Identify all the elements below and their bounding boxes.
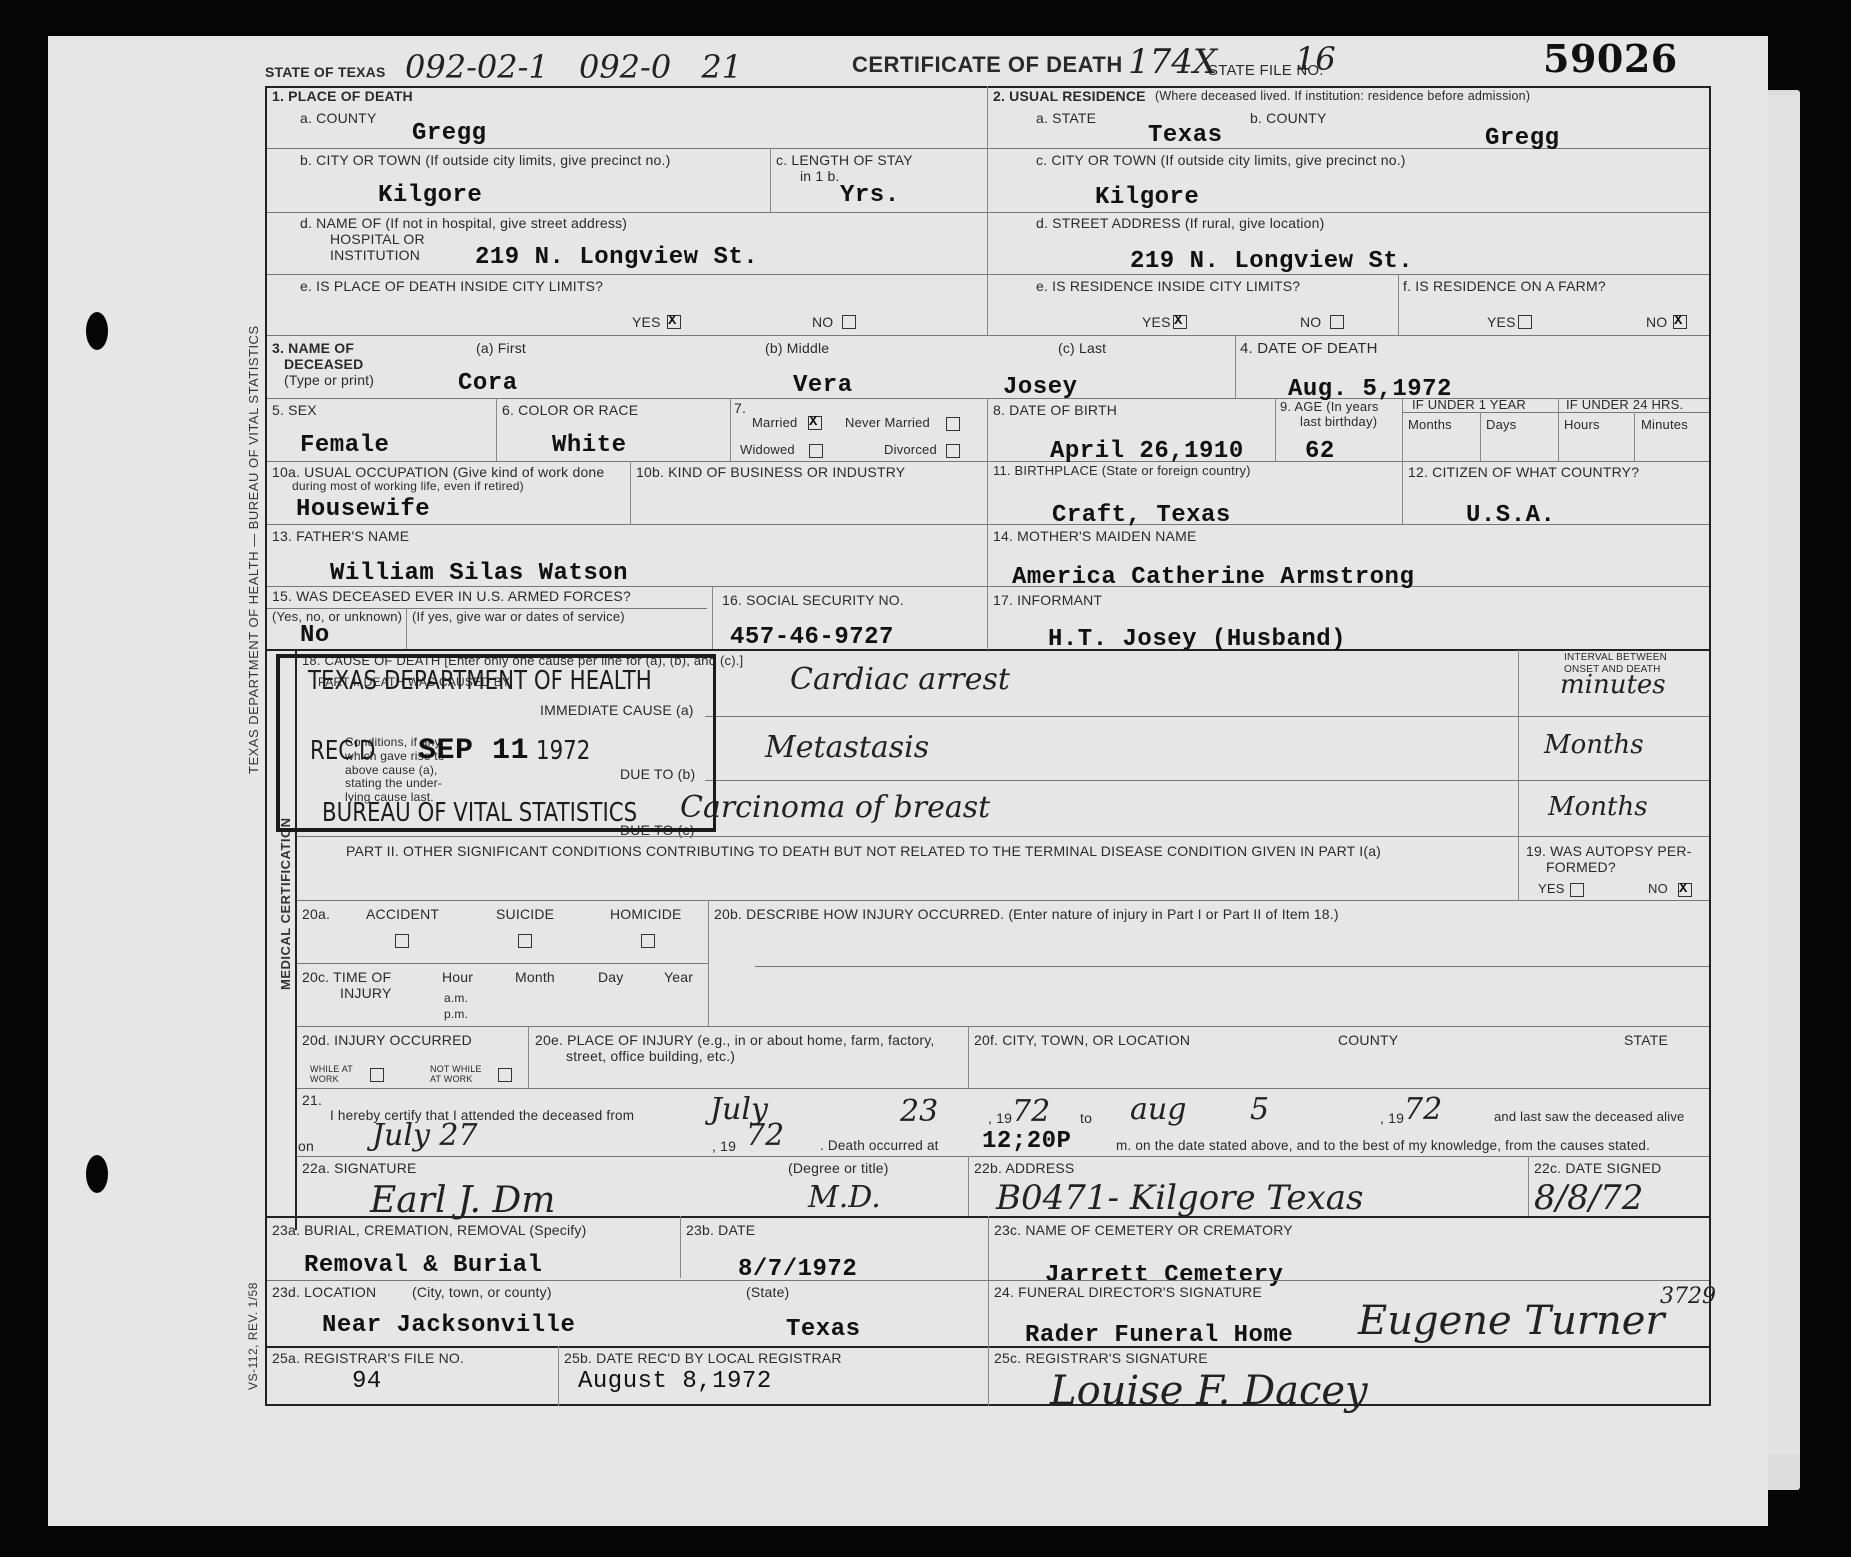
autopsy-yes-checkbox[interactable]: [1570, 883, 1584, 897]
month-label: Month: [515, 969, 555, 985]
informant-label: 17. INFORMANT: [993, 592, 1102, 608]
widowed-label: Widowed: [740, 443, 795, 458]
divider: [1558, 398, 1559, 461]
middle-name-label: (b) Middle: [765, 340, 829, 356]
divider: [708, 900, 709, 1026]
not-while-at-work-checkbox[interactable]: [498, 1068, 512, 1082]
burial-location-city-label: (City, town, or county): [412, 1284, 552, 1300]
divider: [680, 1216, 681, 1278]
residence-county-value: Gregg: [1485, 125, 1560, 152]
divider: [712, 586, 713, 649]
ssn-label: 16. SOCIAL SECURITY NO.: [722, 592, 904, 608]
hospital-label-3: INSTITUTION: [330, 247, 420, 263]
divider: [1634, 412, 1635, 461]
attended-from-day: 23: [900, 1094, 938, 1129]
citizen-value: U.S.A.: [1466, 502, 1555, 529]
burial-location-state-label: (State): [746, 1284, 789, 1300]
form-revision: VS-112, REV. 1/58: [246, 1282, 260, 1390]
divider: [988, 1346, 989, 1406]
divider: [1402, 398, 1403, 524]
registrar-signature-label: 25c. REGISTRAR'S SIGNATURE: [994, 1350, 1208, 1366]
stamp-received-date: SEP 11: [418, 734, 529, 768]
physician-address: B0471- Kilgore Texas: [996, 1178, 1363, 1218]
funeral-director-number: 3729: [1660, 1284, 1716, 1309]
physician-address-label: 22b. ADDRESS: [974, 1160, 1074, 1176]
autopsy-label: 19. WAS AUTOPSY PER-: [1526, 843, 1692, 859]
death-inside-no-checkbox[interactable]: [842, 315, 856, 329]
injury-type-label: 20a.: [302, 906, 330, 922]
age-label-2: last birthday): [1300, 415, 1377, 430]
death-inside-limits-label: e. IS PLACE OF DEATH INSIDE CITY LIMITS?: [300, 278, 603, 294]
death-county-label: a. COUNTY: [300, 110, 376, 126]
death-inside-yes-checkbox[interactable]: [667, 315, 681, 329]
residence-inside-limits-label: e. IS RESIDENCE INSIDE CITY LIMITS?: [1036, 278, 1300, 294]
physician-signature: Earl J. Dm: [370, 1180, 555, 1221]
date-received-label: 25b. DATE REC'D BY LOCAL REGISTRAR: [564, 1350, 842, 1366]
injury-county-label: COUNTY: [1338, 1032, 1398, 1048]
homicide-label: HOMICIDE: [610, 906, 682, 922]
death-time-value: 12;20P: [982, 1128, 1071, 1155]
to-label: to: [1080, 1110, 1092, 1126]
handwritten-codes: 092-02-1 092-0 21: [405, 48, 742, 86]
funeral-director-label: 24. FUNERAL DIRECTOR'S SIGNATURE: [994, 1284, 1262, 1300]
married-label: Married: [752, 416, 797, 431]
punch-hole: [86, 312, 108, 350]
farm-yes-label: YES: [1487, 314, 1516, 330]
residence-street-value: 219 N. Longview St.: [1130, 248, 1413, 275]
burial-location-label: 23d. LOCATION: [272, 1284, 376, 1300]
accident-checkbox[interactable]: [395, 934, 409, 948]
last-saw-text: and last saw the deceased alive: [1494, 1110, 1685, 1125]
suicide-checkbox[interactable]: [518, 934, 532, 948]
last-name-label: (c) Last: [1058, 340, 1106, 356]
on-label: on: [298, 1138, 314, 1154]
divider: [1480, 412, 1481, 461]
funeral-home-value: Rader Funeral Home: [1025, 1322, 1293, 1349]
marital-label: 7.: [734, 400, 746, 416]
race-label: 6. COLOR OR RACE: [502, 402, 638, 418]
rule: [705, 716, 1709, 717]
death-occurred-text: . Death occurred at: [820, 1138, 939, 1154]
ssn-value: 457-46-9727: [730, 624, 894, 651]
farm-yes-checkbox[interactable]: [1518, 315, 1532, 329]
autopsy-no-label: NO: [1648, 882, 1668, 897]
divider: [528, 1026, 529, 1088]
length-of-stay-value: Yrs.: [840, 182, 900, 209]
divider: [630, 461, 631, 524]
divider: [987, 398, 988, 650]
attended-to-month: aug: [1130, 1092, 1186, 1127]
injury-occurred-label: 20d. INJURY OCCURRED: [302, 1032, 472, 1048]
rule: [705, 836, 1709, 837]
residence-inside-no-checkbox[interactable]: [1330, 315, 1344, 329]
rule: [267, 148, 987, 149]
rule: [297, 1088, 1709, 1089]
business-label: 10b. KIND OF BUSINESS OR INDUSTRY: [636, 464, 905, 480]
interval-label: INTERVAL BETWEEN: [1564, 652, 1667, 664]
last-name-value: Josey: [1003, 374, 1078, 401]
never-married-checkbox[interactable]: [946, 417, 960, 431]
armed-yn-label: (Yes, no, or unknown): [272, 610, 402, 625]
state-file-handwritten: 16: [1295, 40, 1336, 78]
year-label: Year: [664, 969, 693, 985]
handwritten-title-note: 174X: [1128, 42, 1217, 82]
birthplace-label: 11. BIRTHPLACE (State or foreign country…: [993, 464, 1251, 479]
hospital-value: 219 N. Longview St.: [475, 244, 758, 271]
while-at-work-label: WHILE AT: [310, 1064, 353, 1074]
hospital-label: d. NAME OF (If not in hospital, give str…: [300, 215, 627, 231]
occupation-label: 10a. USUAL OCCUPATION (Give kind of work…: [272, 464, 604, 480]
divider: [988, 1216, 989, 1346]
length-of-stay-label: c. LENGTH OF STAY: [776, 152, 913, 168]
physician-signature-label: 22a. SIGNATURE: [302, 1160, 417, 1176]
divider: [558, 1346, 559, 1406]
burial-location-city: Near Jacksonville: [322, 1312, 575, 1339]
burial-date-value: 8/7/1972: [738, 1256, 857, 1283]
rule: [297, 963, 708, 964]
divider: [987, 86, 988, 336]
state-of-texas-label: STATE OF TEXAS: [265, 64, 386, 80]
farm-no-checkbox[interactable]: [1673, 315, 1687, 329]
residence-inside-yes-checkbox[interactable]: [1173, 315, 1187, 329]
farm-label: f. IS RESIDENCE ON A FARM?: [1403, 278, 1606, 294]
funeral-director-signature: Eugene Turner: [1358, 1298, 1665, 1344]
father-value: William Silas Watson: [330, 560, 628, 587]
to-year-prefix: , 19: [1380, 1110, 1404, 1126]
certification-num: 21.: [302, 1092, 322, 1108]
married-checkbox[interactable]: [808, 416, 822, 430]
divorced-checkbox[interactable]: [946, 444, 960, 458]
under-24-hrs-label: IF UNDER 24 HRS.: [1566, 398, 1683, 413]
department-side-text: TEXAS DEPARTMENT OF HEALTH — BUREAU OF V…: [246, 325, 261, 774]
sex-value: Female: [300, 432, 389, 459]
stamp-bureau: BUREAU OF VITAL STATISTICS: [322, 798, 637, 828]
injury-state-label: STATE: [1624, 1032, 1668, 1048]
burial-date-label: 23b. DATE: [686, 1222, 755, 1238]
am-label: a.m.: [444, 992, 468, 1006]
last-saw-year: 72: [746, 1118, 784, 1153]
date-signed-label: 22c. DATE SIGNED: [1534, 1160, 1661, 1176]
death-inside-yes-label: YES: [632, 314, 661, 330]
divider: [968, 1156, 969, 1216]
accident-label: ACCIDENT: [366, 906, 439, 922]
rule: [755, 966, 1709, 967]
armed-forces-label: 15. WAS DECEASED EVER IN U.S. ARMED FORC…: [272, 588, 631, 604]
usual-residence-section: 2. USUAL RESIDENCE: [993, 88, 1146, 104]
hour-label: Hour: [442, 969, 473, 985]
while-at-work-label-2: WORK: [310, 1074, 339, 1084]
rule: [267, 212, 987, 213]
hours-label: Hours: [1564, 418, 1600, 433]
residence-city-label: c. CITY OR TOWN (If outside city limits,…: [1036, 152, 1406, 168]
place-of-injury-label: 20e. PLACE OF INJURY (e.g., in or about …: [535, 1032, 935, 1048]
punch-hole: [86, 1155, 108, 1193]
name-label-3: (Type or print): [284, 372, 374, 388]
divider: [406, 608, 407, 649]
pm-label: p.m.: [444, 1008, 468, 1022]
stamp-received-year: 1972: [536, 736, 590, 766]
degree-value: M.D.: [808, 1180, 881, 1215]
divider: [968, 1026, 969, 1088]
death-city-value: Kilgore: [378, 182, 482, 209]
widowed-checkbox[interactable]: [809, 444, 823, 458]
divider: [730, 398, 731, 461]
father-label: 13. FATHER'S NAME: [272, 528, 409, 544]
rule: [267, 335, 1709, 336]
residence-street-label: d. STREET ADDRESS (If rural, give locati…: [1036, 215, 1324, 231]
under-1-year-label: IF UNDER 1 YEAR: [1412, 398, 1526, 413]
attended-to-day: 5: [1250, 1092, 1269, 1127]
burial-method-label: 23a. BURIAL, CREMATION, REMOVAL (Specify…: [272, 1222, 586, 1238]
date-received-value: August 8,1972: [578, 1368, 772, 1395]
minutes-label: Minutes: [1641, 418, 1688, 433]
date-of-death-label: 4. DATE OF DEATH: [1240, 340, 1378, 357]
while-at-work-checkbox[interactable]: [370, 1068, 384, 1082]
rule: [297, 900, 1709, 901]
hospital-label-2: HOSPITAL OR: [330, 231, 425, 247]
suicide-label: SUICIDE: [496, 906, 554, 922]
age-label: 9. AGE (In years: [1280, 400, 1379, 415]
time-of-injury-label: 20c. TIME OF: [302, 969, 391, 985]
rule: [267, 1280, 1709, 1281]
usual-residence-note: (Where deceased lived. If institution: r…: [1155, 89, 1530, 103]
autopsy-label-2: FORMED?: [1546, 859, 1616, 875]
farm-no-label: NO: [1646, 314, 1667, 330]
divider: [770, 148, 771, 212]
part-ii-label: PART II. OTHER SIGNIFICANT CONDITIONS CO…: [346, 843, 1381, 859]
name-label: 3. NAME OF: [272, 340, 354, 356]
never-married-label: Never Married: [845, 416, 930, 431]
first-name-value: Cora: [458, 370, 518, 397]
place-of-injury-label-2: street, office building, etc.): [566, 1048, 735, 1064]
rule: [297, 1026, 1709, 1027]
race-value: White: [552, 432, 627, 459]
divider: [1518, 836, 1519, 900]
cause-c-handwritten: Carcinoma of breast: [680, 790, 990, 825]
divider: [496, 398, 497, 461]
mother-value: America Catherine Armstrong: [1012, 564, 1414, 591]
rule: [987, 148, 1709, 149]
citizen-label: 12. CITIZEN OF WHAT COUNTRY?: [1408, 464, 1639, 480]
death-county-value: Gregg: [412, 120, 487, 147]
days-label: Days: [1486, 418, 1516, 433]
last-saw-year-prefix: , 19: [712, 1138, 736, 1154]
last-saw-date: July 27: [372, 1118, 478, 1153]
months-label: Months: [1408, 418, 1452, 433]
rule: [267, 461, 1709, 462]
homicide-checkbox[interactable]: [641, 934, 655, 948]
registrar-signature: Louise F. Dacey: [1050, 1368, 1368, 1414]
not-while-at-work-label-2: AT WORK: [430, 1074, 473, 1084]
length-of-stay-sublabel: in 1 b.: [800, 168, 840, 184]
interval-a-handwritten: minutes: [1560, 670, 1666, 700]
residence-state-value: Texas: [1148, 122, 1223, 149]
rule: [267, 274, 987, 275]
armed-forces-value: No: [300, 622, 330, 649]
stamp-department: TEXAS DEPARTMENT OF HEALTH: [308, 666, 652, 696]
birthplace-value: Craft, Texas: [1052, 502, 1231, 529]
cause-b-handwritten: Metastasis: [765, 730, 929, 765]
cemetery-label: 23c. NAME OF CEMETERY OR CREMATORY: [994, 1222, 1293, 1238]
certificate-title: CERTIFICATE OF DEATH: [852, 52, 1123, 77]
residence-inside-yes-label: YES: [1142, 314, 1171, 330]
describe-injury-label: 20b. DESCRIBE HOW INJURY OCCURRED. (Ente…: [714, 906, 1339, 922]
sex-label: 5. SEX: [272, 402, 317, 418]
not-while-at-work-label: NOT WHILE: [430, 1064, 482, 1074]
occupation-label-2: during most of working life, even if ret…: [292, 480, 524, 494]
informant-value: H.T. Josey (Husband): [1048, 626, 1346, 653]
rule: [987, 212, 1709, 213]
rule: [297, 836, 707, 837]
death-inside-no-label: NO: [812, 314, 833, 330]
residence-inside-no-label: NO: [1300, 314, 1321, 330]
armed-war-label: (If yes, give war or dates of service): [412, 610, 625, 625]
date-signed-value: 8/8/72: [1534, 1178, 1643, 1218]
injury-city-label: 20f. CITY, TOWN, OR LOCATION: [974, 1032, 1190, 1048]
residence-county-label: b. COUNTY: [1250, 110, 1326, 126]
interval-c-handwritten: Months: [1548, 792, 1648, 822]
age-value: 62: [1305, 438, 1335, 465]
mother-label: 14. MOTHER'S MAIDEN NAME: [993, 528, 1197, 544]
place-of-death-section: 1. PLACE OF DEATH: [272, 88, 413, 104]
from-year-prefix: , 19: [988, 1110, 1012, 1126]
stamp-received-prefix: REC'D: [310, 736, 375, 766]
burial-method-value: Removal & Burial: [304, 1252, 542, 1279]
divider: [1398, 274, 1399, 336]
divider: [1528, 1156, 1529, 1216]
registrar-file-no: 94: [352, 1368, 382, 1395]
autopsy-yes-label: YES: [1538, 882, 1565, 897]
death-time-statement: m. on the date stated above, and to the …: [1116, 1138, 1650, 1154]
occupation-value: Housewife: [296, 496, 430, 523]
name-label-2: DECEASED: [284, 356, 363, 372]
residence-city-value: Kilgore: [1095, 184, 1199, 211]
dob-label: 8. DATE OF BIRTH: [993, 402, 1117, 418]
first-name-label: (a) First: [476, 340, 526, 356]
burial-location-state: Texas: [786, 1316, 861, 1343]
registrar-file-no-label: 25a. REGISTRAR'S FILE NO.: [272, 1350, 464, 1366]
dob-value: April 26,1910: [1050, 438, 1244, 465]
divider: [1275, 398, 1276, 461]
death-city-label: b. CITY OR TOWN (If outside city limits,…: [300, 152, 670, 168]
time-of-injury-label-2: INJURY: [340, 985, 392, 1001]
divider: [1235, 335, 1236, 398]
attended-from-year: 72: [1012, 1094, 1050, 1129]
middle-name-value: Vera: [793, 372, 853, 399]
rule: [705, 780, 1709, 781]
attended-to-year: 72: [1404, 1092, 1442, 1127]
rule: [297, 1156, 1709, 1157]
cause-a-handwritten: Cardiac arrest: [790, 662, 1010, 697]
degree-label: (Degree or title): [788, 1160, 889, 1176]
interval-b-handwritten: Months: [1544, 730, 1644, 760]
divorced-label: Divorced: [884, 443, 937, 458]
autopsy-no-checkbox[interactable]: [1678, 883, 1692, 897]
residence-state-label: a. STATE: [1036, 110, 1096, 126]
rule: [267, 649, 1709, 651]
day-label: Day: [598, 969, 624, 985]
certificate-number: 59026: [1543, 36, 1678, 81]
